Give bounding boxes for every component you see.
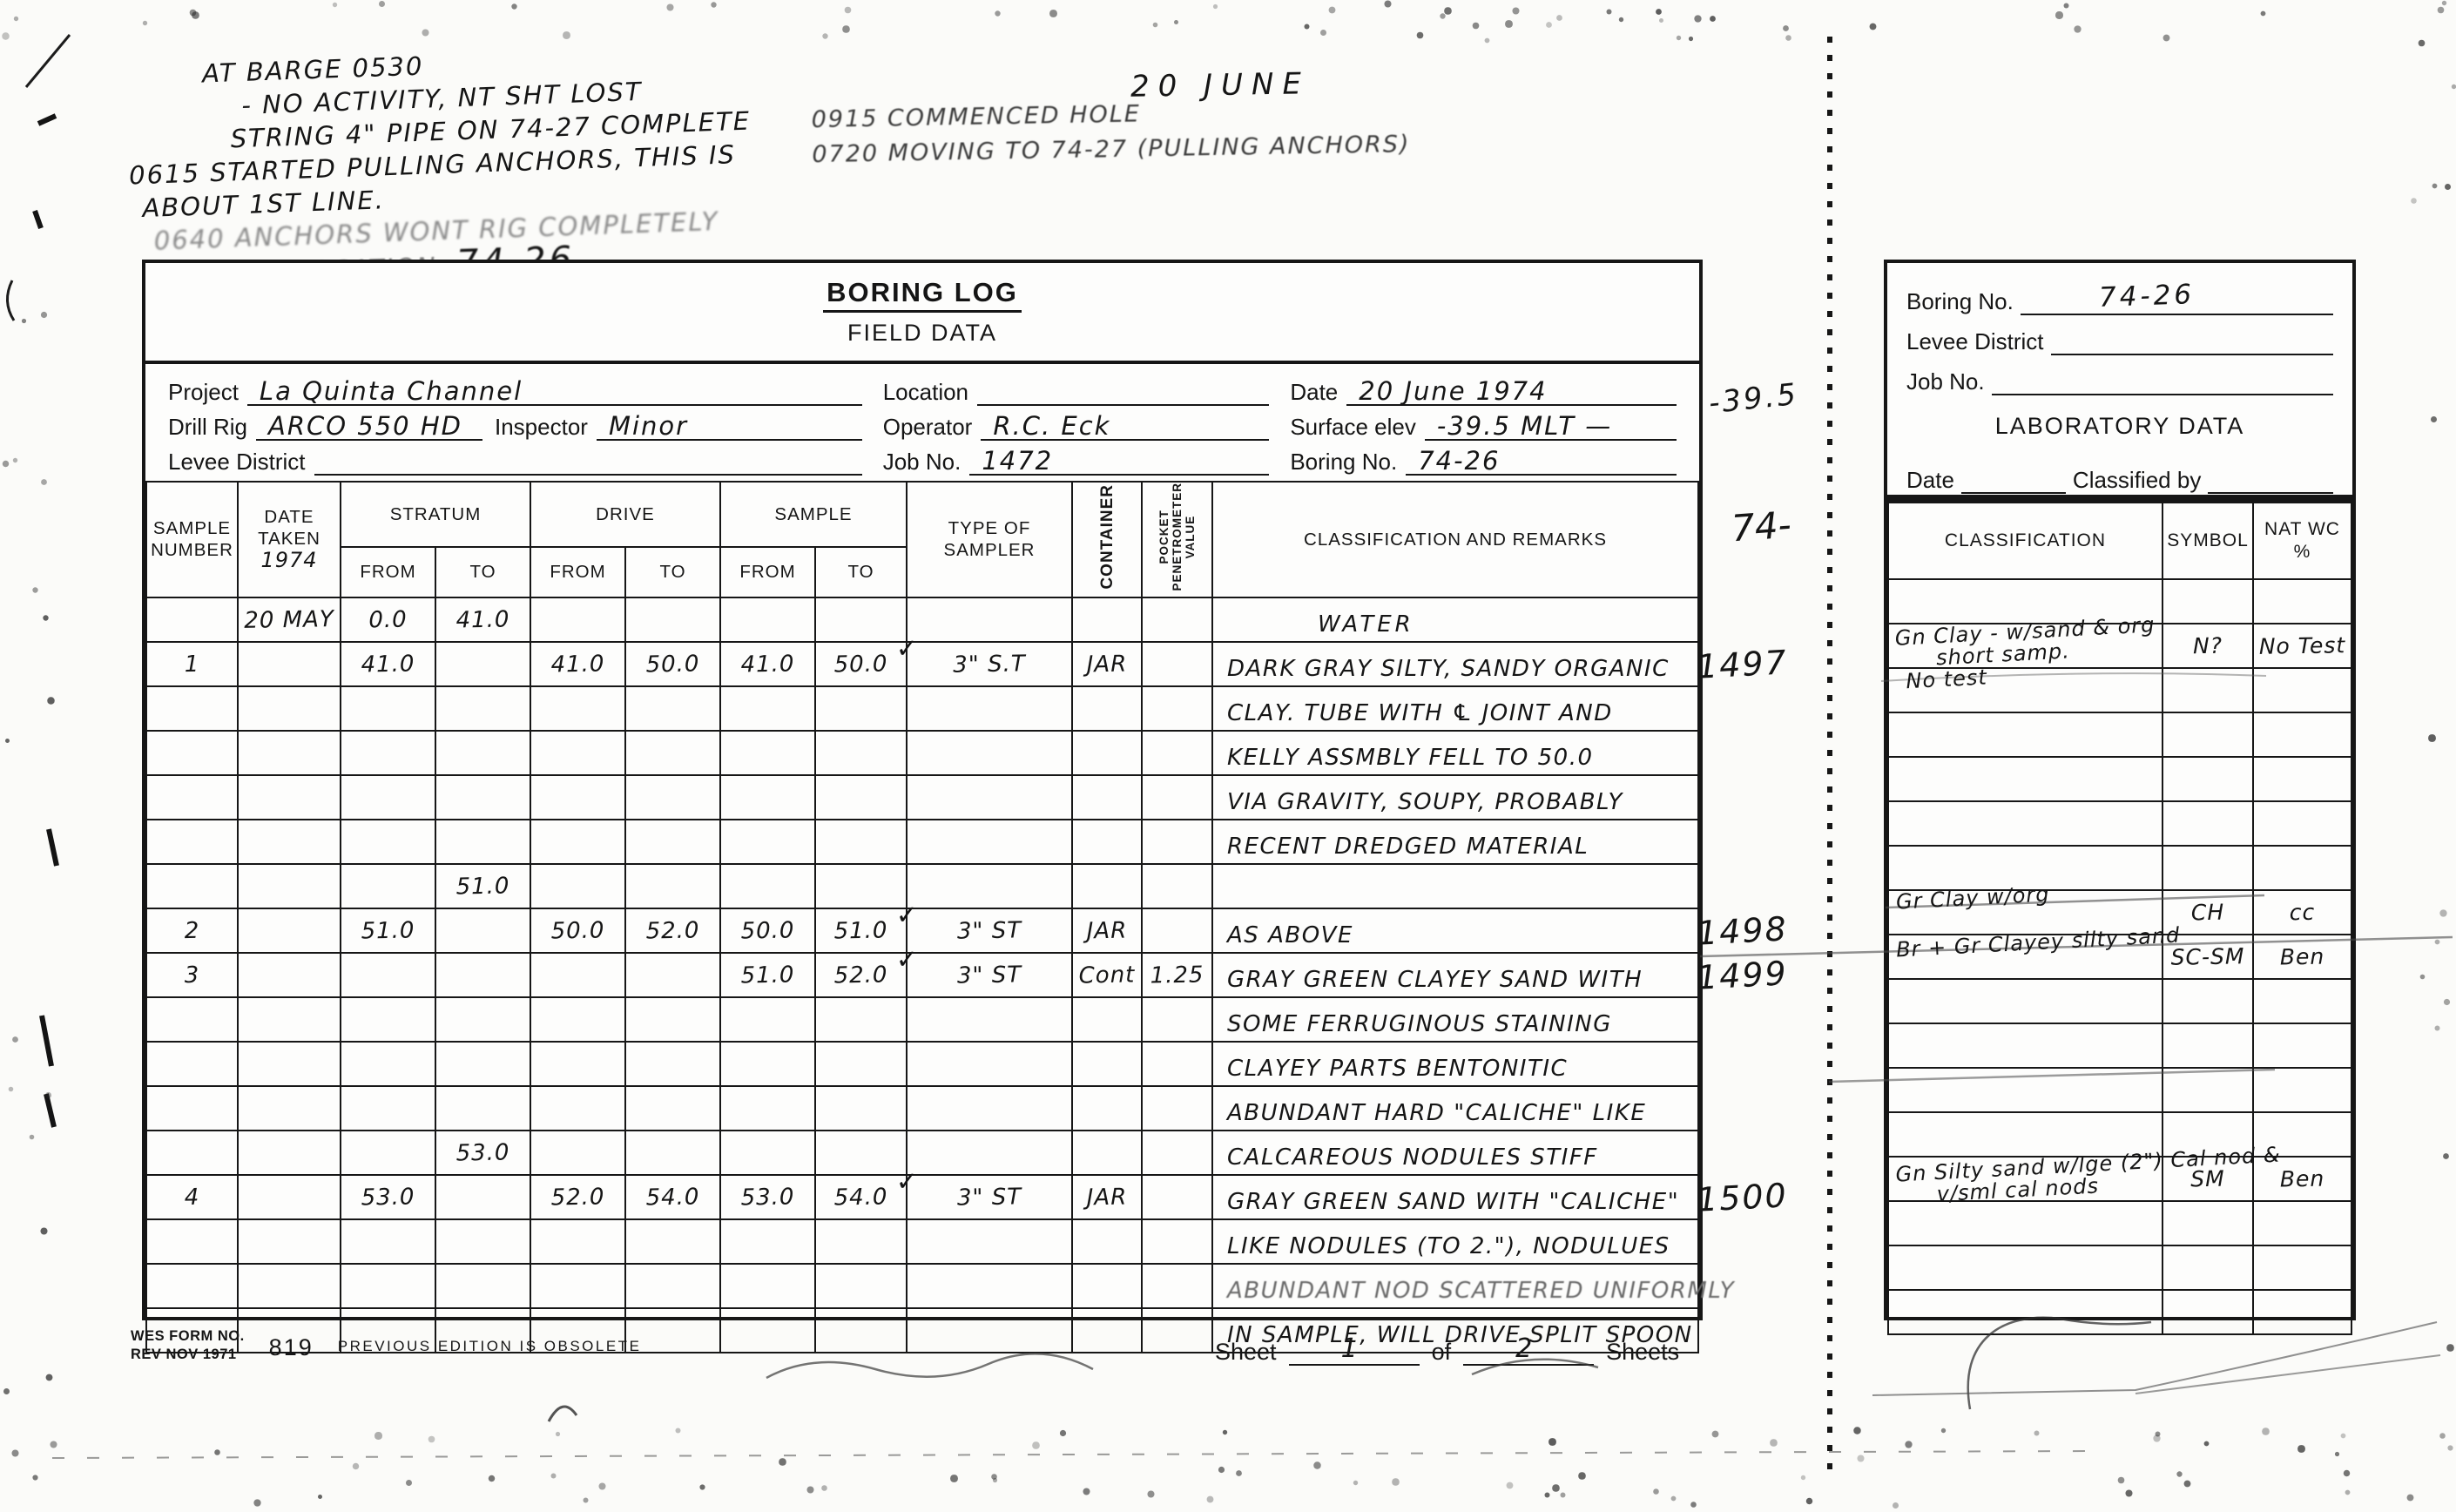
cell-m-from: 50.0: [720, 908, 816, 954]
lab-cell-classification: [1888, 1023, 2162, 1068]
header-sample-to: TO: [815, 547, 907, 597]
cell-m-from: 51.0: [720, 952, 816, 998]
field-table-row: 251.050.052.050.051.0✓3" STJARAS ABOVE14…: [146, 908, 1698, 953]
cell-s-to: [435, 730, 531, 776]
date-value: 20 June 1974: [1359, 376, 1547, 406]
form-footer: WES FORM NO. REV NOV 1971 819 PREVIOUS E…: [131, 1327, 641, 1364]
lab-classification-line1: Gr Clay w/org: [1895, 883, 2050, 913]
lab-cell-natwc: [2253, 667, 2352, 713]
cell-date: 20 MAY: [238, 596, 341, 642]
cell-m-from: [720, 1218, 816, 1265]
cell-sample: [146, 996, 239, 1043]
cell-d-from: [530, 1218, 626, 1265]
margin-tag-number: 1498: [1696, 909, 1789, 952]
cell-remarks: WATER: [1212, 597, 1698, 642]
lab-table-row: [1888, 757, 2351, 801]
cell-s-to: [435, 996, 531, 1043]
lab-cell-symbol: [2162, 1245, 2254, 1291]
lab-cell-symbol: [2162, 578, 2254, 624]
cell-sample: 3: [146, 952, 239, 998]
cell-d-to: 50.0: [625, 641, 721, 687]
cell-sampler-type: [907, 1262, 1073, 1309]
handwritten-notes-top-right: 0915 COMMENCED HOLE 0720 MOVING TO 74-27…: [811, 92, 1410, 172]
margin-boring-prefix-note: 74-: [1730, 503, 1792, 550]
cell-d-from: [530, 863, 626, 909]
cell-s-from: 0.0: [341, 597, 436, 643]
lab-table-row: [1888, 979, 2351, 1023]
cell-pocket-penetrometer: [1142, 996, 1213, 1042]
cell-s-to: [435, 1041, 531, 1087]
cell-date: [238, 773, 341, 820]
cell-s-from: [341, 1218, 436, 1265]
field-data-table: SAMPLENUMBER DATETAKEN1974 STRATUM DRIVE…: [145, 481, 1699, 1353]
lab-table-body: Gn Clay - w/sand & orgshort samp.No test…: [1888, 579, 2351, 1334]
header-stratum: STRATUM: [341, 482, 530, 547]
lab-cell-classification: [1888, 757, 2162, 801]
operator-field: R.C. Eck: [981, 409, 1269, 441]
perforation-line: [1827, 37, 1832, 1475]
cell-s-from: [341, 1085, 436, 1131]
field-table-header: SAMPLENUMBER DATETAKEN1974 STRATUM DRIVE…: [146, 482, 1698, 597]
lab-title: LABORATORY DATA: [1906, 413, 2333, 440]
remarks-text: CLAYEY PARTS BENTONITIC: [1213, 1056, 1697, 1085]
lab-cell-symbol: [2162, 1067, 2254, 1113]
cell-sampler-type: [907, 996, 1073, 1043]
cell-pocket-penetrometer: [1142, 908, 1213, 953]
info-row-1: Project La Quinta Channel Location Date …: [168, 373, 1677, 406]
lab-levee-district-field: [2051, 326, 2334, 355]
cell-d-from: [530, 730, 626, 776]
cell-pocket-penetrometer: [1142, 685, 1213, 731]
remarks-text: RECENT DREDGED MATERIAL: [1213, 834, 1697, 863]
cell-d-from: 41.0: [530, 641, 626, 687]
sampler-type-value: 3" ST: [957, 961, 1022, 988]
cell-d-to: [625, 819, 721, 865]
cell-pocket-penetrometer: [1142, 1041, 1213, 1086]
cell-pocket-penetrometer: [1142, 597, 1213, 642]
remarks-text: [1213, 904, 1697, 908]
cell-remarks: LIKE NODULES (TO 2."), NODULUES: [1212, 1219, 1698, 1264]
cell-m-from: [720, 685, 816, 732]
cell-remarks: GRAY GREEN CLAYEY SAND WITH1499: [1212, 953, 1698, 997]
cell-m-to: [815, 996, 908, 1043]
cell-pocket-penetrometer: [1142, 641, 1213, 686]
cell-sampler-type: [907, 773, 1073, 820]
cell-date: [238, 729, 341, 775]
wes-form-no-line1: WES FORM NO.: [131, 1327, 245, 1346]
lab-cell-natwc: [2253, 578, 2352, 624]
lab-cell-classification: [1888, 801, 2162, 846]
cell-s-to: [435, 952, 531, 998]
sheet-count-line: Sheet 1 of 2 Sheets: [1215, 1334, 1679, 1366]
cell-s-from: [341, 730, 436, 776]
lab-cell-natwc: [2253, 1245, 2352, 1291]
lab-table-row: [1888, 712, 2351, 757]
lab-cell-classification: Br + Gr Clayey silty sand: [1888, 935, 2162, 979]
project-field: La Quinta Channel: [247, 375, 862, 406]
lab-cell-natwc: [2253, 1023, 2352, 1069]
cell-d-to: [625, 1130, 721, 1176]
header-sample-from: FROM: [720, 547, 815, 597]
cell-m-from: [720, 819, 816, 865]
lab-cell-natwc: No Test: [2253, 623, 2352, 669]
field-table-row: ABUNDANT NOD SCATTERED UNIFORMLY: [146, 1264, 1698, 1308]
cell-m-to: [815, 730, 908, 776]
boring-log-form: BORING LOG FIELD DATA Project La Quinta …: [142, 260, 1703, 1320]
cell-m-to: [815, 1041, 908, 1087]
project-label: Project: [168, 379, 247, 406]
cell-m-to: [815, 1307, 908, 1353]
lab-cell-classification: [1888, 1201, 2162, 1245]
lab-cell-symbol: N?: [2162, 623, 2254, 669]
operator-value: R.C. Eck: [993, 411, 1110, 441]
remarks-text: WATER: [1213, 611, 1697, 641]
cell-s-to: 51.0: [435, 863, 531, 909]
lab-header-symbol: SYMBOL: [2162, 503, 2253, 579]
cell-m-from: [720, 1130, 816, 1176]
cell-remarks: CALCAREOUS NODULES STIFF: [1212, 1131, 1698, 1175]
container-label: CONTAINER: [1096, 484, 1118, 590]
lab-table-row: [1888, 1023, 2351, 1068]
lab-cell-symbol: [2162, 845, 2254, 891]
cell-date: [238, 951, 341, 997]
field-table-body: 20 MAY0.041.0WATER141.041.050.041.050.0✓…: [146, 597, 1698, 1353]
cell-container: [1072, 597, 1143, 642]
cell-d-to: [625, 730, 721, 776]
lab-table-header: CLASSIFICATION SYMBOL NAT WC%: [1888, 503, 2351, 579]
inspector-field: Minor: [597, 409, 862, 441]
cell-date: [238, 1262, 341, 1308]
cell-sample: [146, 774, 239, 820]
field-table-row: 453.052.054.053.054.0✓3" STJARGRAY GREEN…: [146, 1175, 1698, 1219]
lab-classified-by-field: [2208, 464, 2333, 494]
cell-m-to: 52.0: [815, 952, 908, 998]
cell-s-from: [341, 685, 436, 732]
field-table-row: CLAYEY PARTS BENTONITIC: [146, 1042, 1698, 1086]
lab-table-row: [1888, 801, 2351, 846]
lab-cell-classification: [1888, 1290, 2162, 1334]
cell-m-from: [720, 1263, 816, 1309]
remarks-text: DARK GRAY SILTY, SANDY ORGANIC: [1213, 656, 1697, 685]
cell-d-to: [625, 952, 721, 998]
cell-container: JAR: [1072, 641, 1143, 686]
lab-cell-natwc: [2253, 1067, 2352, 1113]
cell-m-to: [815, 1263, 908, 1309]
cell-sampler-type: ✓3" ST: [907, 907, 1073, 954]
cell-d-to: [625, 1085, 721, 1131]
lab-cell-classification: Gn Silty sand w/lge (2") Cal nod &v/sml …: [1888, 1157, 2162, 1201]
field-table-row: 51.0: [146, 864, 1698, 908]
field-table-row: VIA GRAVITY, SOUPY, PROBABLY: [146, 775, 1698, 820]
lab-cell-natwc: cc: [2253, 889, 2352, 935]
margin-tag-number: 1499: [1696, 954, 1789, 996]
cell-d-from: [530, 819, 626, 865]
remarks-text: ABUNDANT HARD "CALICHE" LIKE: [1213, 1100, 1697, 1130]
remarks-text: LIKE NODULES (TO 2."), NODULUES: [1213, 1233, 1697, 1263]
cell-m-from: [720, 730, 816, 776]
cell-date: [238, 1084, 341, 1131]
cell-date: [238, 685, 341, 731]
cell-sample: [146, 1085, 239, 1131]
scan-noise: [0, 0, 3, 3]
cell-sampler-type: [907, 1306, 1073, 1353]
lab-classified-by-label: Classified by: [2066, 467, 2208, 494]
surface-elev-value: -39.5 MLT —: [1437, 411, 1612, 441]
margin-tag-number: 1500: [1696, 1176, 1789, 1218]
cell-s-from: [341, 1130, 436, 1176]
surface-elev-label: Surface elev: [1290, 414, 1425, 441]
of-label: of: [1432, 1339, 1452, 1366]
cell-d-from: [530, 685, 626, 732]
cell-d-to: [625, 774, 721, 820]
cell-s-to: [435, 1218, 531, 1265]
header-classification: CLASSIFICATION AND REMARKS: [1212, 482, 1698, 597]
cell-s-to: [435, 641, 531, 687]
lab-data-panel: CLASSIFICATION SYMBOL NAT WC% Gn Clay - …: [1884, 498, 2356, 1320]
remarks-text: KELLY ASSMBLY FELL TO 50.0: [1213, 745, 1697, 774]
header-stratum-to: TO: [435, 547, 530, 597]
remarks-text: CLAY. TUBE WITH ℄ JOINT AND: [1213, 700, 1697, 730]
header-sample: SAMPLE: [720, 482, 907, 547]
boring-no-value: 74-26: [1418, 446, 1500, 476]
job-no-label: Job No.: [883, 449, 970, 476]
cell-sample: 1: [146, 641, 239, 687]
header-drive: DRIVE: [530, 482, 720, 547]
field-table-row: 53.0CALCAREOUS NODULES STIFF: [146, 1131, 1698, 1175]
project-value: La Quinta Channel: [260, 376, 523, 406]
lab-cell-symbol: [2162, 1200, 2254, 1246]
field-table-row: RECENT DREDGED MATERIAL: [146, 820, 1698, 864]
sampler-type-value: 3" ST: [957, 1183, 1022, 1210]
lab-boring-no-field: 74-26: [2021, 286, 2333, 315]
check-mark: ✓: [895, 633, 919, 664]
cell-date: [238, 907, 341, 953]
inspector-label: Inspector: [482, 414, 597, 441]
field-table-row: CLAY. TUBE WITH ℄ JOINT AND: [146, 686, 1698, 731]
lab-data-table: CLASSIFICATION SYMBOL NAT WC% Gn Clay - …: [1887, 502, 2352, 1335]
cell-m-to: [815, 1130, 908, 1176]
cell-sampler-type: [907, 1218, 1073, 1265]
cell-container: [1072, 685, 1143, 731]
cell-sample: [146, 730, 239, 776]
date-field: 20 June 1974: [1346, 375, 1677, 406]
date-label: Date: [1290, 379, 1346, 406]
cell-m-to: [815, 1218, 908, 1265]
cell-pocket-penetrometer: [1142, 774, 1213, 820]
cell-pocket-penetrometer: [1142, 1307, 1213, 1353]
lab-boring-no-value: 74-26: [2098, 279, 2195, 314]
cell-d-from: [530, 1263, 626, 1309]
cell-s-to: [435, 908, 531, 954]
cell-s-to: 41.0: [435, 597, 531, 643]
remarks-text: AS ABOVE: [1213, 922, 1697, 952]
cell-m-to: [815, 1085, 908, 1131]
cell-date: [238, 818, 341, 864]
cell-d-to: [625, 1263, 721, 1309]
cell-container: [1072, 1130, 1143, 1175]
drill-rig-label: Drill Rig: [168, 414, 256, 441]
cell-remarks: [1212, 864, 1698, 908]
cell-container: [1072, 863, 1143, 908]
cell-container: [1072, 1218, 1143, 1264]
cell-remarks: RECENT DREDGED MATERIAL: [1212, 820, 1698, 864]
cell-container: Cont: [1072, 952, 1143, 997]
header-date-taken: DATETAKEN1974: [238, 482, 341, 597]
cell-sample: [146, 685, 239, 732]
lab-table-row: [1888, 1290, 2351, 1334]
margin-tag-number: 1497: [1696, 643, 1789, 685]
cell-m-from: [720, 774, 816, 820]
cell-m-to: [815, 597, 908, 643]
cell-m-from: [720, 1085, 816, 1131]
lab-cell-natwc: [2253, 712, 2352, 758]
header-pocket-penetrometer: POCKETPENETROMETERVALUE: [1142, 482, 1212, 597]
cell-container: [1072, 1041, 1143, 1086]
form-subtitle: FIELD DATA: [847, 320, 997, 347]
cell-s-to: [435, 685, 531, 732]
cell-container: [1072, 819, 1143, 864]
header-type-of-sampler: TYPE OFSAMPLER: [907, 482, 1072, 597]
cell-s-to: 53.0: [435, 1130, 531, 1176]
form-title-block: BORING LOG FIELD DATA: [145, 263, 1699, 364]
header-sample-number: SAMPLENUMBER: [146, 482, 238, 597]
lab-table-row: Gn Silty sand w/lge (2") Cal nod &v/sml …: [1888, 1157, 2351, 1201]
lab-boring-no-label: Boring No.: [1906, 288, 2021, 315]
sheet-number-field: 1: [1289, 1334, 1420, 1366]
cell-s-to: [435, 1174, 531, 1220]
date-taken-year-note: 1974: [260, 548, 317, 572]
cell-sampler-type: ✓3" S.T: [907, 640, 1073, 687]
cell-s-from: [341, 996, 436, 1043]
cell-pocket-penetrometer: [1142, 1174, 1213, 1219]
lab-cell-symbol: [2162, 756, 2254, 802]
lab-table-row: [1888, 1068, 2351, 1112]
cell-container: [1072, 1263, 1143, 1308]
check-mark: ✓: [895, 900, 919, 930]
cell-pocket-penetrometer: [1142, 1085, 1213, 1131]
cell-m-to: [815, 863, 908, 909]
lab-cell-classification: [1888, 1245, 2162, 1290]
cell-s-from: [341, 1041, 436, 1087]
cell-date: [238, 640, 341, 686]
lab-cell-natwc: [2253, 756, 2352, 802]
margin-surface-elev-note: -39.5: [1707, 377, 1800, 422]
lab-cell-natwc: [2253, 1200, 2352, 1246]
cell-s-from: 41.0: [341, 641, 436, 687]
cell-sampler-type: [907, 685, 1073, 732]
sheets-total: 2: [1515, 1333, 1532, 1364]
cell-container: [1072, 1307, 1143, 1353]
cell-date: [238, 862, 341, 908]
sampler-type-value: 3" S.T: [953, 650, 1026, 677]
cell-d-to: [625, 863, 721, 909]
sheets-total-field: 2: [1463, 1334, 1594, 1366]
cell-sample: [146, 1218, 239, 1265]
levee-district-label: Levee District: [168, 449, 314, 476]
cell-date: [238, 1040, 341, 1086]
lab-date-row: Date Classified by: [1906, 454, 2333, 494]
lab-cell-symbol: [2162, 800, 2254, 847]
lab-cell-classification: [1888, 979, 2162, 1023]
cell-sampler-type: [907, 729, 1073, 776]
cell-sample: [146, 597, 239, 643]
lab-cell-natwc: [2253, 800, 2352, 847]
lab-job-row: Job No.: [1906, 355, 2333, 395]
cell-pocket-penetrometer: [1142, 1218, 1213, 1264]
cell-pocket-penetrometer: [1142, 819, 1213, 864]
cell-m-from: [720, 1041, 816, 1087]
cell-m-to: [815, 819, 908, 865]
cell-d-from: [530, 774, 626, 820]
cell-pocket-penetrometer: [1142, 730, 1213, 775]
lab-cell-symbol: [2162, 978, 2254, 1024]
cell-sampler-type: [907, 1129, 1073, 1176]
lab-cell-classification: Gn Clay - w/sand & orgshort samp.No test: [1888, 624, 2162, 668]
cell-container: [1072, 730, 1143, 775]
job-no-field: 1472: [969, 444, 1269, 476]
remarks-text: GRAY GREEN CLAYEY SAND WITH: [1213, 967, 1697, 996]
sampler-type-value: 3" ST: [957, 916, 1022, 943]
cell-date: [238, 1218, 341, 1264]
check-mark: ✓: [895, 944, 919, 975]
cell-sampler-type: [907, 1084, 1073, 1131]
surface-elev-field: -39.5 MLT —: [1425, 409, 1677, 441]
info-row-2: Drill Rig ARCO 550 HD Inspector Minor Op…: [168, 408, 1677, 441]
cell-remarks: AS ABOVE1498: [1212, 908, 1698, 953]
lab-table-row: [1888, 1245, 2351, 1290]
cell-d-to: [625, 597, 721, 643]
cell-container: [1072, 996, 1143, 1042]
cell-m-to: [815, 685, 908, 732]
cell-sampler-type: [907, 596, 1073, 643]
lab-date-label: Date: [1906, 467, 1961, 494]
cell-sampler-type: [907, 1040, 1073, 1087]
obsolete-note: PREVIOUS EDITION IS OBSOLETE: [338, 1338, 642, 1355]
sheet-label: Sheet: [1215, 1339, 1277, 1366]
cell-pocket-penetrometer: [1142, 1130, 1213, 1175]
cell-remarks: DARK GRAY SILTY, SANDY ORGANIC1497: [1212, 642, 1698, 686]
wes-form-no-line2: REV NOV 1971: [131, 1346, 245, 1364]
job-no-value: 1472: [982, 446, 1053, 476]
location-label: Location: [883, 379, 977, 406]
cell-d-from: 52.0: [530, 1174, 626, 1220]
cell-container: [1072, 774, 1143, 820]
location-field: [977, 375, 1269, 406]
cell-d-to: 54.0: [625, 1174, 721, 1220]
cell-sampler-type: ✓3" ST: [907, 951, 1073, 998]
cell-remarks: CLAYEY PARTS BENTONITIC: [1212, 1042, 1698, 1086]
cell-m-from: 53.0: [720, 1174, 816, 1220]
cell-m-to: [815, 774, 908, 820]
lab-header-box: Boring No. 74-26 Levee District Job No. …: [1884, 260, 2356, 498]
cell-sample: [146, 819, 239, 865]
header-container: CONTAINER: [1072, 482, 1142, 597]
boring-no-field: 74-26: [1406, 444, 1677, 476]
field-table-row: LIKE NODULES (TO 2."), NODULUES: [146, 1219, 1698, 1264]
remarks-text: SOME FERRUGINOUS STAINING: [1213, 1011, 1697, 1041]
cell-remarks: ABUNDANT HARD "CALICHE" LIKE: [1212, 1086, 1698, 1131]
cell-container: JAR: [1072, 908, 1143, 953]
handwritten-notes-top-left: AT BARGE 0530 - NO ACTIVITY, NT SHT LOST…: [125, 38, 757, 294]
cell-s-from: 53.0: [341, 1174, 436, 1220]
cell-m-from: 41.0: [720, 641, 816, 687]
cell-sampler-type: [907, 862, 1073, 909]
cell-remarks: CLAY. TUBE WITH ℄ JOINT AND: [1212, 686, 1698, 731]
pocket-penetrometer-label: POCKETPENETROMETERVALUE: [1157, 483, 1197, 591]
drill-rig-value: ARCO 550 HD: [268, 411, 462, 441]
header-drive-from: FROM: [530, 547, 625, 597]
boring-no-label: Boring No.: [1290, 449, 1406, 476]
